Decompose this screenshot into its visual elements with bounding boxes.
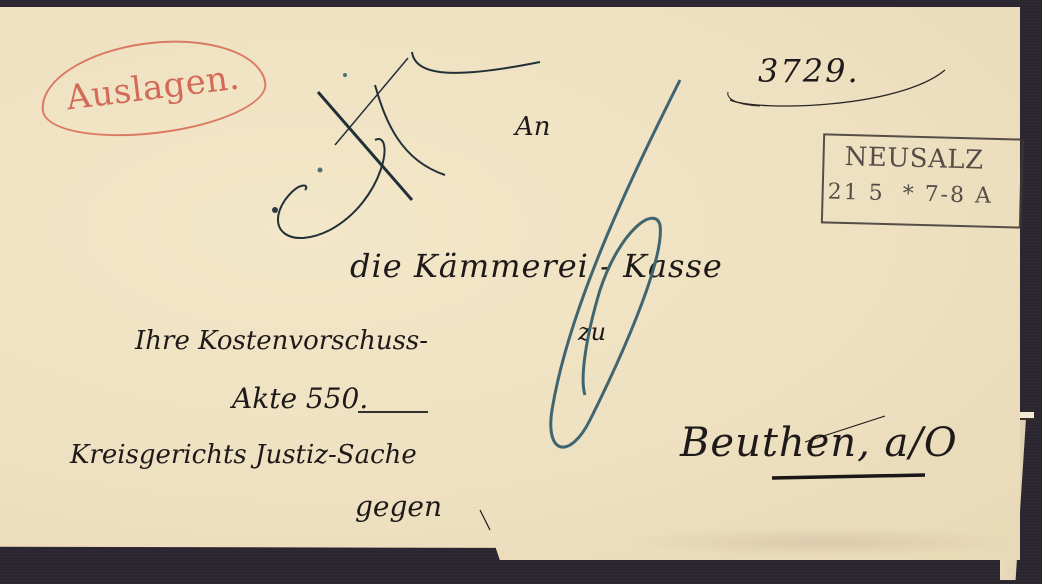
ink-strokes — [0, 0, 1042, 584]
destination-underline — [772, 475, 925, 478]
rate-mark-six — [551, 80, 680, 447]
docket-underline — [730, 70, 945, 106]
